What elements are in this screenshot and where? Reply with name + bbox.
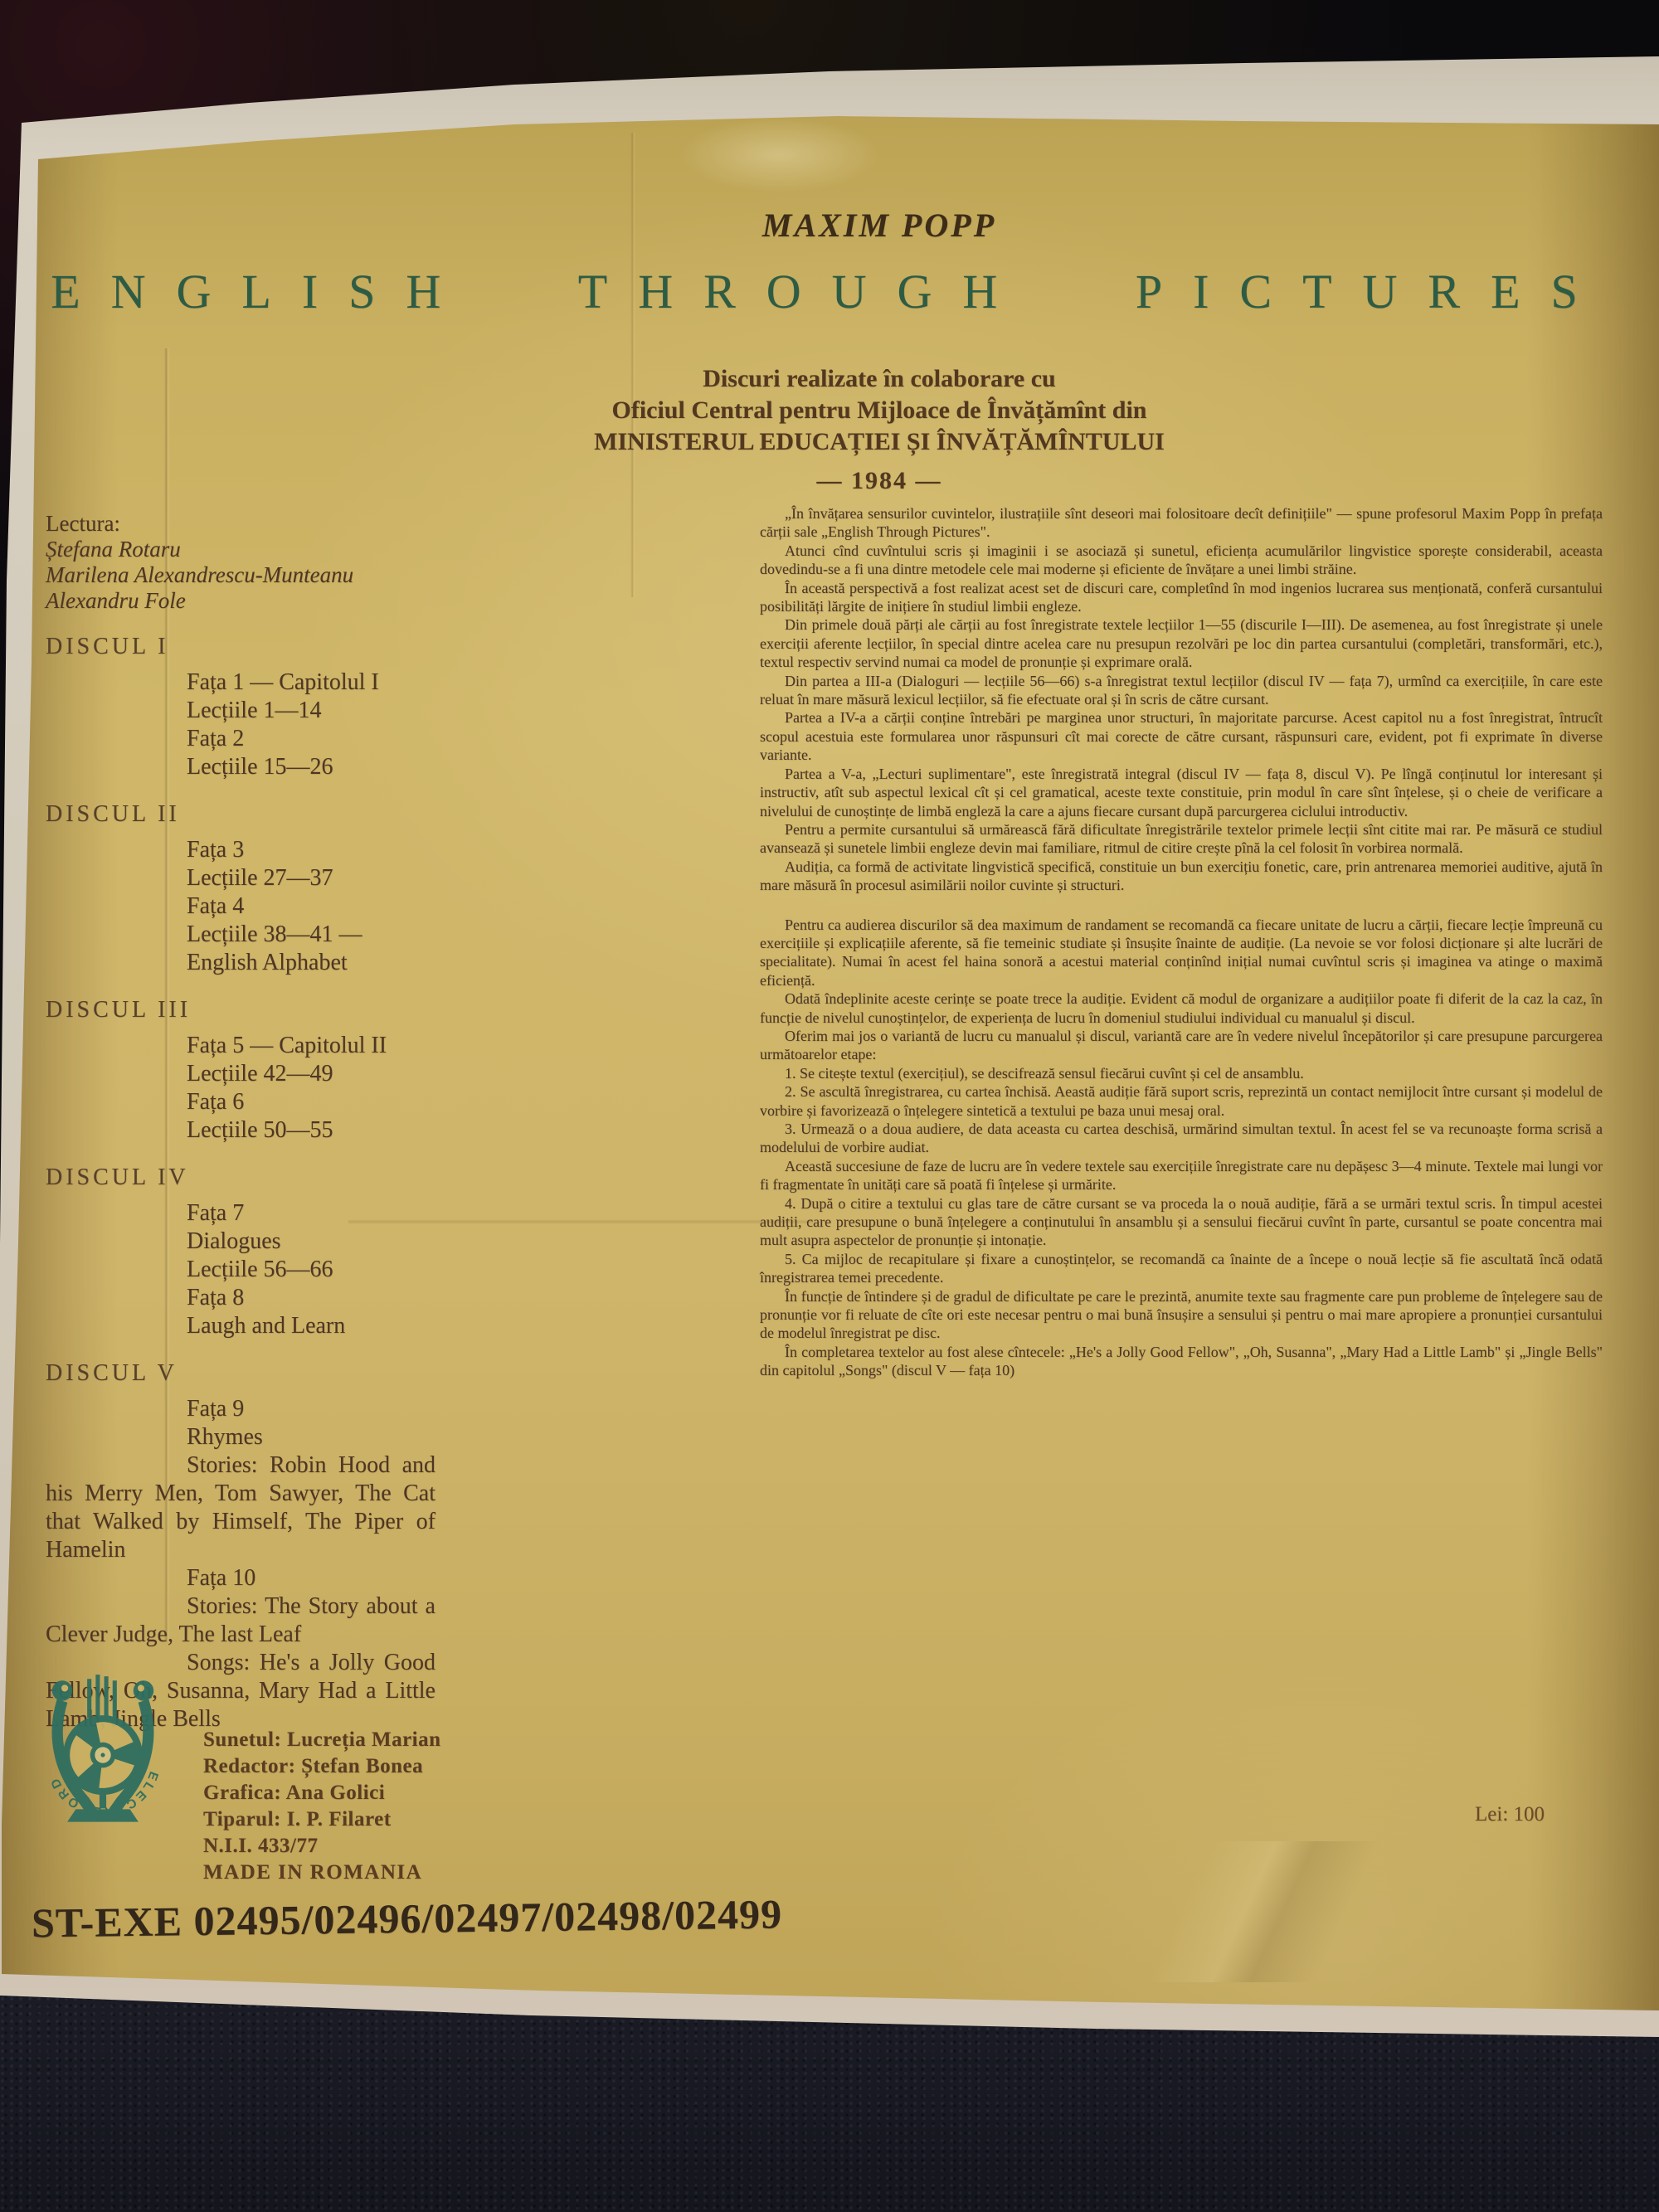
liner-notes-paragraph: 1. Se citește textul (exercițiul), se de…	[760, 1064, 1603, 1082]
disc-entry: Rhymes	[187, 1423, 435, 1451]
disc-entry: Stories: The Story about a Clever Judge,…	[46, 1592, 435, 1649]
disc-entry: Fața 2	[187, 725, 435, 753]
liner-notes-paragraph: Partea a V-a, „Lecturi suplimentare", es…	[760, 765, 1603, 820]
liner-notes-paragraph: Pentru a permite cursantului să urmăreas…	[760, 820, 1603, 858]
disc-entry: Fața 6	[187, 1088, 435, 1116]
liner-notes-paragraph: „În învățarea sensurilor cuvintelor, ilu…	[760, 504, 1603, 542]
price-label: Lei: 100	[1475, 1803, 1545, 1826]
liner-notes-paragraph: Odată îndeplinite aceste cerințe se poat…	[760, 989, 1603, 1027]
narrator-name: Ștefana Rotaru	[46, 537, 435, 562]
disc-label: DISCUL I	[46, 634, 435, 660]
disc-entry: Laugh and Learn	[187, 1312, 435, 1340]
disc-section: DISCUL IV Fața 7 Dialogues Lecțiile 56—6…	[46, 1164, 435, 1340]
narrators-block: Lectura: Ștefana Rotaru Marilena Alexand…	[46, 511, 435, 614]
lyre-strings	[90, 1675, 115, 1718]
disc-entry: Fața 8	[187, 1284, 435, 1312]
credit-line: N.I.I. 433/77	[203, 1833, 441, 1860]
disc-entry: Fața 1 — Capitolul I	[187, 668, 435, 697]
photo-of-record-sleeve-back: MAXIM POPP ENGLISH THROUGH PICTURES Disc…	[0, 0, 1659, 2212]
subtitle-line: Discuri realizate în colaborare cu	[100, 363, 1659, 395]
liner-notes-paragraph: 4. După o citire a textului cu glas tare…	[760, 1194, 1603, 1250]
subtitle-line: MINISTERUL EDUCAȚIEI ȘI ÎNVĂȚĂMÎNTULUI	[100, 426, 1659, 458]
liner-notes-paragraph: Din partea a III-a (Dialoguri — lecțiile…	[760, 672, 1603, 709]
credit-line: Tiparul: I. P. Filaret	[203, 1806, 441, 1833]
liner-notes-paragraph: În funcție de întindere și de gradul de …	[760, 1287, 1603, 1343]
electrecord-logo: ELECTRECORD	[45, 1670, 161, 1836]
lyre-stem	[100, 1793, 106, 1808]
disc-entry: Lecțiile 50—55	[187, 1116, 435, 1145]
lyre-base	[67, 1809, 139, 1821]
disc-section: DISCUL III Fața 5 — Capitolul II Lecțiil…	[46, 997, 435, 1145]
narrators-label: Lectura:	[46, 511, 435, 537]
liner-notes-paragraph: Oferim mai jos o variantă de lucru cu ma…	[760, 1027, 1603, 1064]
disc-entry: Fața 9	[187, 1395, 435, 1423]
liner-notes-paragraph: Această succesiune de faze de lucru are …	[760, 1157, 1603, 1194]
disc-entry: Lecțiile 1—14	[187, 697, 435, 725]
lyre-right-scroll	[134, 1680, 153, 1700]
paragraph-gap	[760, 895, 1603, 916]
disc-entry: Fața 4	[187, 892, 435, 921]
disc-entry: Lecțiile 42—49	[187, 1060, 435, 1088]
credit-line: Sunetul: Lucreția Marian	[203, 1727, 441, 1753]
liner-notes-paragraph: 5. Ca mijloc de recapitulare și fixare a…	[760, 1250, 1603, 1287]
liner-notes-paragraph: Pentru ca audierea discurilor să dea max…	[760, 916, 1603, 990]
lyre-left-scroll	[52, 1680, 72, 1700]
credits-block: Sunetul: Lucreția Marian Redactor: Ștefa…	[203, 1727, 441, 1886]
disc-section: DISCUL I Fața 1 — Capitolul I Lecțiile 1…	[46, 634, 435, 781]
lyre-left-scroll-hole	[61, 1685, 68, 1691]
liner-notes-paragraph: 3. Urmează o a doua audiere, de data ace…	[760, 1120, 1603, 1157]
liner-notes-paragraph: În completarea textelor au fost alese cî…	[760, 1343, 1603, 1380]
disc-entry: Fața 7	[187, 1199, 435, 1228]
narrator-name: Alexandru Fole	[46, 588, 435, 614]
liner-notes-paragraph: Partea a IV-a a cărții conține întrebări…	[760, 708, 1603, 764]
liner-notes-paragraph: Din primele două părți ale cărții au fos…	[760, 615, 1603, 671]
made-in-line: MADE IN ROMANIA	[203, 1860, 441, 1886]
lyre-right-scroll-hole	[138, 1685, 144, 1691]
disc-label: DISCUL III	[46, 997, 435, 1023]
narrator-name: Marilena Alexandrescu-Munteanu	[46, 562, 435, 588]
disc-section: DISCUL II Fața 3 Lecțiile 27—37 Fața 4 L…	[46, 801, 435, 977]
credit-line: Grafica: Ana Golici	[203, 1780, 441, 1806]
disc-entry: Dialogues	[187, 1228, 435, 1256]
disc-entry: Fața 10	[187, 1564, 435, 1592]
tracklist-column: Lectura: Ștefana Rotaru Marilena Alexand…	[46, 511, 435, 1733]
disc-entry: Lecțiile 27—37	[187, 864, 435, 892]
disc-entry: Lecțiile 15—26	[187, 753, 435, 781]
disc-spindle	[100, 1753, 105, 1757]
paper-crease	[954, 1841, 1535, 1982]
disc-entry: Fața 5 — Capitolul II	[187, 1032, 435, 1060]
liner-notes-paragraph: În această perspectivă a fost realizat a…	[760, 579, 1603, 616]
album-title: ENGLISH THROUGH PICTURES	[0, 264, 1659, 319]
disc-label: DISCUL II	[46, 801, 435, 828]
liner-notes-paragraph: 2. Se ascultă înregistrarea, cu cartea î…	[760, 1082, 1603, 1120]
catalog-number: ST-EXE 02495/02496/02497/02498/02499	[32, 1889, 783, 1947]
subtitle-block: Discuri realizate în colaborare cu Ofici…	[100, 363, 1659, 497]
disc-entry: Lecțiile 56—66	[187, 1256, 435, 1284]
year-line: — 1984 —	[100, 465, 1659, 497]
liner-notes-paragraph: Audiția, ca formă de activitate lingvist…	[760, 858, 1603, 895]
subtitle-line: Oficiul Central pentru Mijloace de Învăț…	[100, 395, 1659, 426]
liner-notes-paragraph: Atunci cînd cuvîntului scris și imaginii…	[760, 542, 1603, 579]
disc-label: DISCUL IV	[46, 1164, 435, 1191]
disc-entry: Fața 3	[187, 836, 435, 864]
liner-notes-column: „În învățarea sensurilor cuvintelor, ilu…	[760, 504, 1603, 1380]
author-name: MAXIM POPP	[100, 206, 1659, 245]
disc-entry: Stories: Robin Hood and his Merry Men, T…	[46, 1451, 435, 1564]
credit-line: Redactor: Ștefan Bonea	[203, 1753, 441, 1780]
disc-entry: Lecțiile 38—41 — English Alphabet	[187, 921, 435, 977]
disc-label: DISCUL V	[46, 1360, 435, 1387]
electrecord-lyre-icon: ELECTRECORD	[45, 1670, 161, 1836]
